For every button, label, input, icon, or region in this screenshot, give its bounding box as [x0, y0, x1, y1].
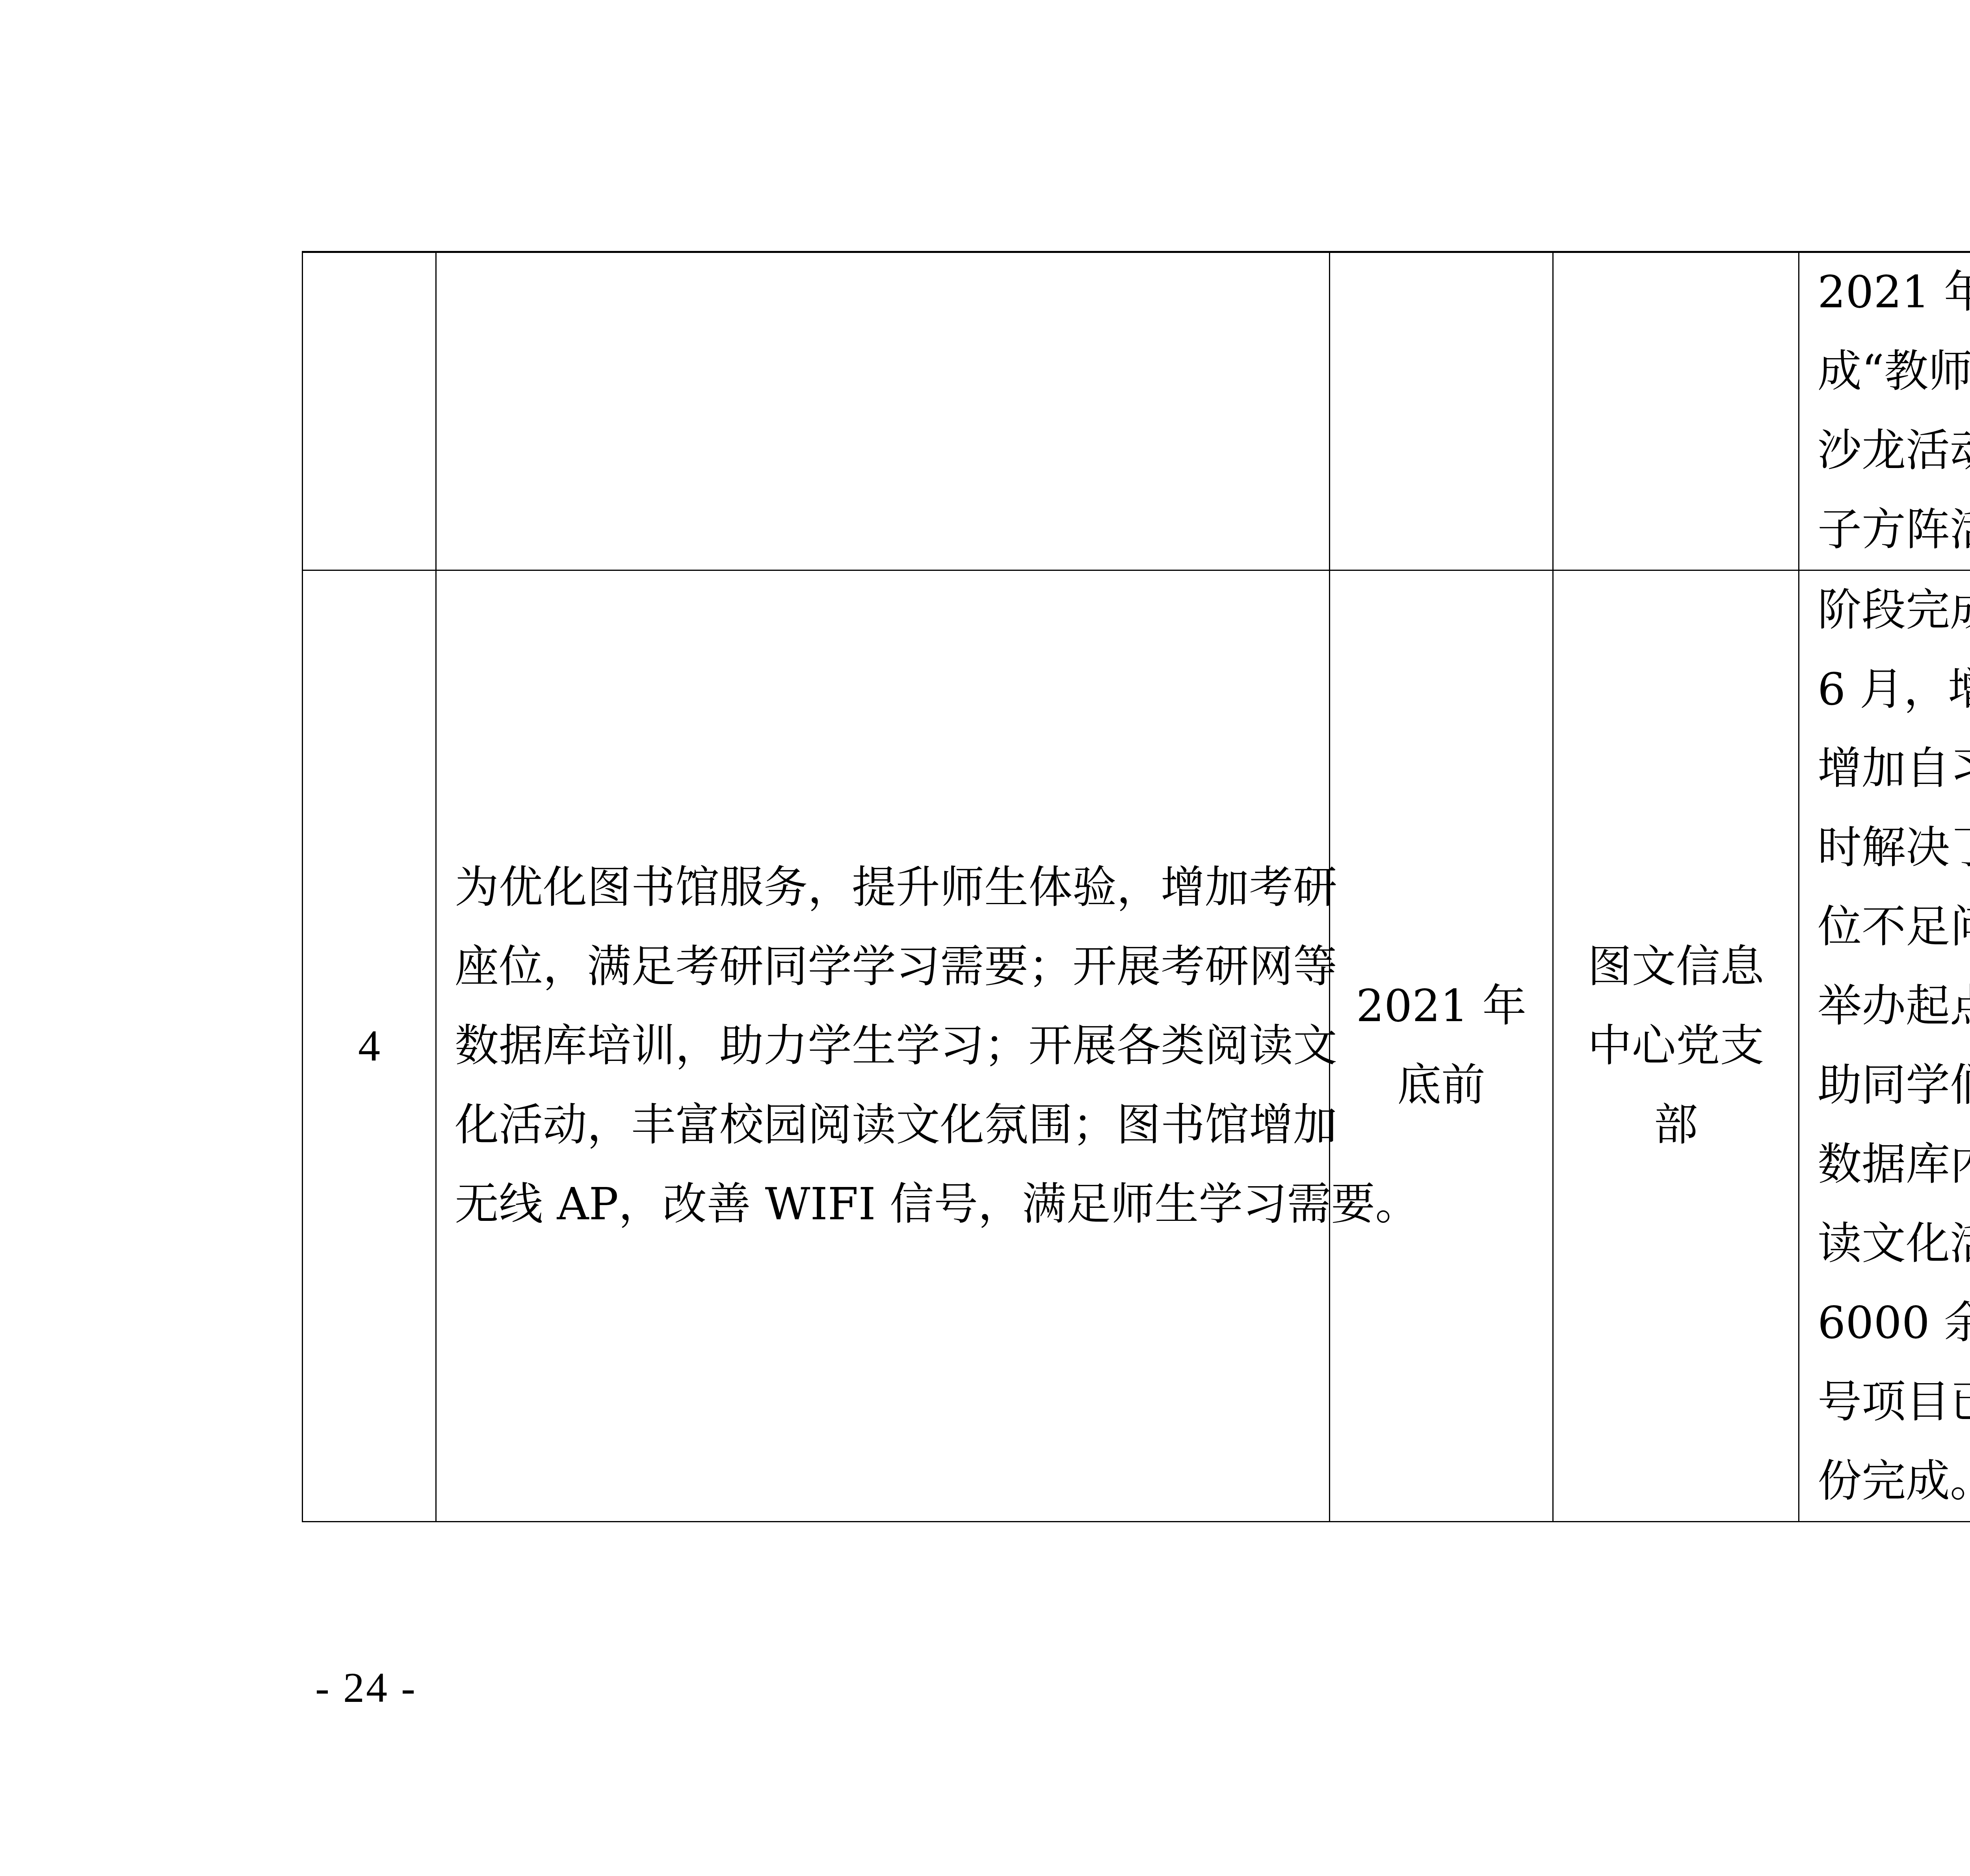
task-cell [436, 252, 1330, 570]
row-number-cell [303, 252, 436, 570]
result-cell: 阶段完成情况。2021 年 4- 6 月，增加考研座位 131 个， 增加自习座… [1799, 570, 1970, 1522]
department-cell [1553, 252, 1799, 570]
deadline-cell: 2021 年 底前 [1330, 570, 1553, 1522]
deadline-line: 底前 [1348, 1046, 1534, 1125]
result-line: 阶段完成情况。2021 年 4- [1818, 571, 1970, 650]
result-line: 数据库内容。举办多场阅 [1818, 1125, 1970, 1204]
result-line: 2021 年 1 月开始缴纳。完 [1818, 253, 1970, 332]
department-line: 图文信息 [1572, 927, 1780, 1007]
result-line: 份完成。 [1818, 1442, 1970, 1521]
table-row: 4 为优化图书馆服务，提升师生体验，增加考研 座位，满足考研同学学习需要；开展考… [303, 570, 1970, 1522]
result-line: 增加自习座位 100 个，及 [1818, 729, 1970, 808]
department-cell: 图文信息 中心党支 部 [1553, 570, 1799, 1522]
task-table: 2021 年 1 月开始缴纳。完 成“教师急救、心理辅导” 沙龙活动和运动会教工… [302, 251, 1970, 1522]
department-line: 中心党支 [1572, 1007, 1780, 1086]
deadline-line: 2021 年 [1348, 967, 1534, 1046]
table-row: 2021 年 1 月开始缴纳。完 成“教师急救、心理辅导” 沙龙活动和运动会教工… [303, 252, 1970, 570]
result-cell: 2021 年 1 月开始缴纳。完 成“教师急救、心理辅导” 沙龙活动和运动会教工… [1799, 252, 1970, 570]
task-line: 为优化图书馆服务，提升师生体验，增加考研 [455, 848, 1311, 927]
task-line: 化活动，丰富校园阅读文化氛围；图书馆增加 [455, 1086, 1311, 1165]
result-line: 沙龙活动和运动会教工亲 [1818, 411, 1970, 490]
result-line: 位不足问题。5 月 13 日， [1818, 888, 1970, 967]
result-line: 举办起点考研网培训，帮 [1818, 967, 1970, 1046]
document-page: 2021 年 1 月开始缴纳。完 成“教师急救、心理辅导” 沙龙活动和运动会教工… [0, 0, 1970, 1876]
result-line: 号项目已立项，计划于 8 月 [1818, 1363, 1970, 1442]
result-line: 时解决了学生反映考研座 [1818, 808, 1970, 888]
result-line: 6000 余人次。改善 WIFI 信 [1818, 1283, 1970, 1363]
task-line: 数据库培训，助力学生学习；开展各类阅读文 [455, 1007, 1311, 1086]
task-line: 无线 AP，改善 WIFI 信号，满足师生学习需要。 [455, 1165, 1311, 1244]
result-line: 成“教师急救、心理辅导” [1818, 332, 1970, 411]
task-line: 座位，满足考研同学学习需要；开展考研网等 [455, 927, 1311, 1007]
result-line: 子方阵活动。 [1818, 490, 1970, 570]
result-line: 助同学们了解考研信息及 [1818, 1046, 1970, 1125]
task-cell: 为优化图书馆服务，提升师生体验，增加考研 座位，满足考研同学学习需要；开展考研网… [436, 570, 1330, 1522]
result-line: 6 月，增加考研座位 131 个， [1818, 650, 1970, 729]
result-line: 读文化活动，参与学生达 [1818, 1204, 1970, 1283]
row-number-cell: 4 [303, 570, 436, 1522]
department-line: 部 [1572, 1086, 1780, 1165]
page-number: - 24 - [315, 1657, 417, 1720]
deadline-cell [1330, 252, 1553, 570]
